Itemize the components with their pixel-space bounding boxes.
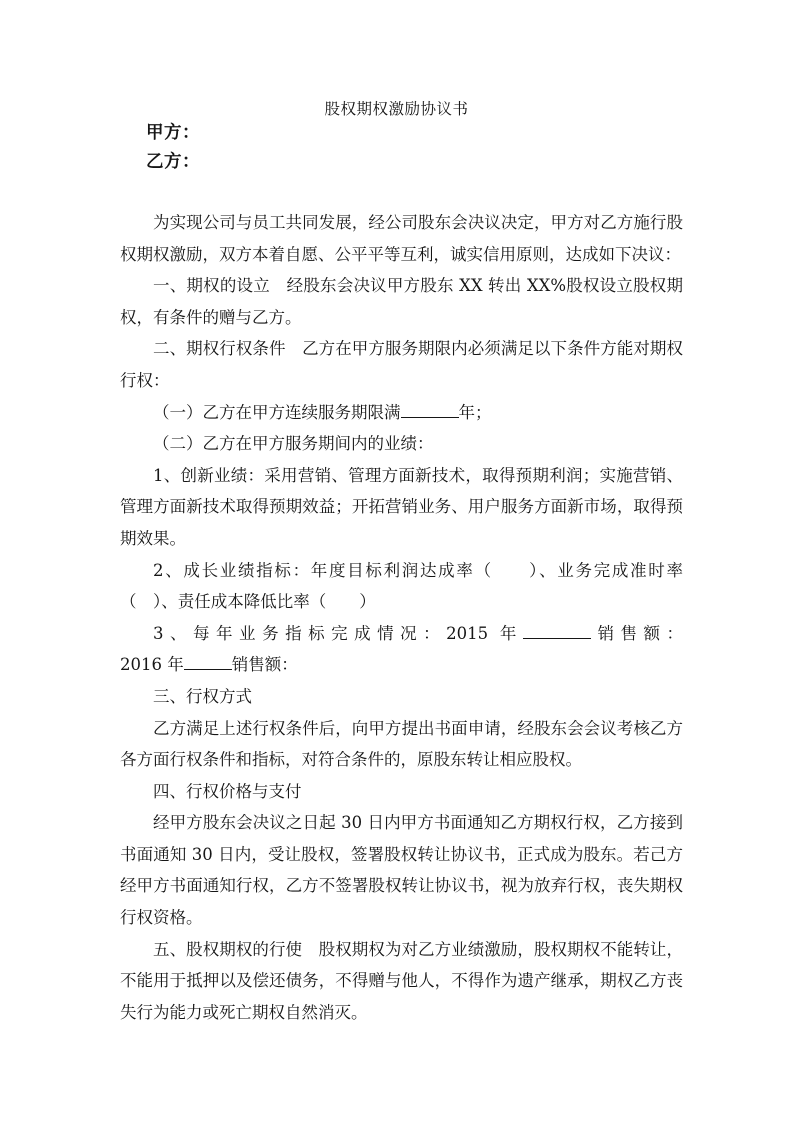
paragraph-clause-2-item-2-3-annual-targets-line-1: 3、每年业务指标完成情况：2015 年销售额： [120, 618, 683, 650]
parties-block: 甲方： 乙方： [146, 119, 200, 176]
paragraph-clause-3-exercise-method-heading: 三、行权方式 [120, 681, 683, 713]
paragraph-clause-1-option-establishment: 一、期权的设立 经股东会决议甲方股东 XX 转出 XX%股权设立股权期权，有条件… [120, 270, 683, 333]
document-title: 股权期权激励协议书 [0, 100, 793, 118]
paragraph-clause-4-price-payment-body: 经甲方股东会决议之日起 30 日内甲方书面通知乙方期权行权，乙方接到书面通知 3… [120, 807, 683, 933]
party-a-label: 甲方： [146, 119, 200, 148]
blank-underline [523, 621, 591, 639]
blank-underline [184, 653, 232, 671]
blank-underline [401, 400, 459, 418]
paragraph-clause-5-option-exercise-restrictions: 五、股权期权的行使 股权期权为对乙方业绩激励，股权期权不能转让，不能用于抵押以及… [120, 934, 683, 1029]
document-body: 为实现公司与员工共同发展，经公司股东会决议决定，甲方对乙方施行股权期权激励，双方… [120, 207, 683, 1028]
document-page: 股权期权激励协议书 甲方： 乙方： 为实现公司与员工共同发展，经公司股东会决议决… [0, 0, 793, 1122]
paragraph-preamble: 为实现公司与员工共同发展，经公司股东会决议决定，甲方对乙方施行股权期权激励，双方… [120, 207, 683, 270]
paragraph-clause-2-exercise-conditions: 二、期权行权条件 乙方在甲方服务期限内必须满足以下条件方能对期权行权： [120, 333, 683, 396]
paragraph-clause-2-item-1-service-years: （一）乙方在甲方连续服务期限满年； [120, 397, 683, 429]
paragraph-clause-2-item-2-3-annual-targets-line-2: 2016 年销售额： [120, 649, 683, 681]
party-b-label: 乙方： [146, 148, 200, 177]
paragraph-clause-2-item-2-2-growth-metrics: 2、成长业绩指标：年度目标利润达成率（ ）、业务完成准时率（ ）、责任成本降低比… [120, 555, 683, 618]
paragraph-clause-4-price-payment-heading: 四、行权价格与支付 [120, 776, 683, 808]
paragraph-clause-2-item-2-performance: （二）乙方在甲方服务期间内的业绩： [120, 428, 683, 460]
paragraph-clause-2-item-2-1-innovation: 1、创新业绩：采用营销、管理方面新技术，取得预期利润；实施营销、管理方面新技术取… [120, 460, 683, 555]
paragraph-clause-3-exercise-method-body: 乙方满足上述行权条件后，向甲方提出书面申请，经股东会会议考核乙方各方面行权条件和… [120, 713, 683, 776]
